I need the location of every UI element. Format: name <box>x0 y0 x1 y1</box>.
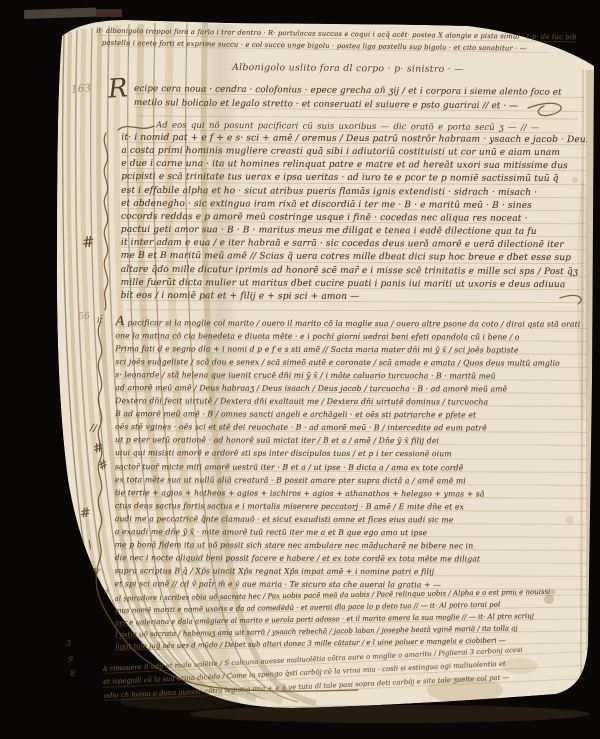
margin-hash-mark: # <box>95 456 110 473</box>
folio-number: 163 <box>71 82 92 96</box>
small-hand-addendum: al spiradore i scribes obia uō sacrata h… <box>115 585 590 653</box>
manuscript-photo: 163 56 it̃ it̃ # // # # # \ V 3 9 8 it· … <box>0 0 600 739</box>
margin-hash-mark: # <box>79 505 92 521</box>
margin-stroke-mark: \ <box>87 538 92 551</box>
item-mark: it̃ <box>104 588 109 596</box>
decorated-initial-R: R <box>107 75 128 102</box>
manuscript-text-line: bit eos / i nomiē pat̄ et + filij e + sp… <box>121 290 586 306</box>
blank-ruling-line <box>126 309 584 312</box>
margin-stroke-mark: V <box>92 568 100 579</box>
section-number: 56 <box>78 311 91 323</box>
margin-bottom-number: 8 <box>70 669 75 678</box>
chapter-title: Albonigolo uslito fora dl corpo · p· sin… <box>220 62 476 75</box>
pacification-charm-paragraph: A pacificar si la moglie col marito / ou… <box>115 315 588 592</box>
margin-tally-mark: // <box>89 422 98 434</box>
margin-bottom-number: 9 <box>68 655 73 664</box>
recipe-paragraph: ecipe cera noua · cendra · colofonius · … <box>134 82 584 114</box>
oration-paragraph: it· i nomid pat̄ + e f + e s· sci + amē … <box>121 132 587 305</box>
margin-hash-mark: # <box>81 232 95 251</box>
item-mark: it̃ <box>97 316 103 325</box>
page-content: 163 56 it̃ it̃ # // # # # \ V 3 9 8 it· … <box>0 0 600 739</box>
manuscript-text-line: metilo sul bolicalo et legalo stretto · … <box>134 96 584 114</box>
margin-bottom-number: 3 <box>66 639 71 648</box>
margin-hash-mark: # <box>91 440 105 457</box>
header-recipe-addendum: it· albonigolo troppoi fora a farlo i tr… <box>96 26 576 56</box>
